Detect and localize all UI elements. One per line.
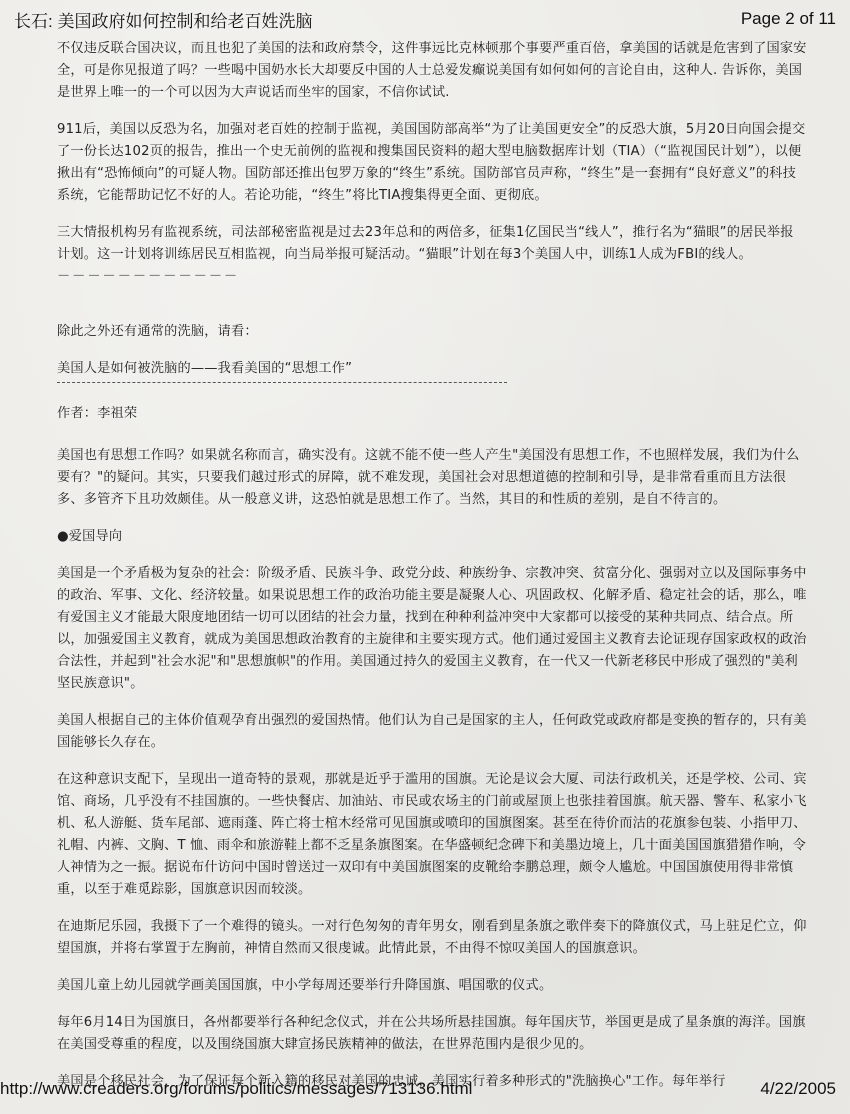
divider: －－－－－－－－－－－－ bbox=[57, 266, 807, 288]
page-indicator: Page 2 of 11 bbox=[741, 9, 836, 29]
paragraph: 除此之外还有通常的洗脑，请看： bbox=[57, 321, 807, 343]
paragraph: 在这种意识支配下，呈现出一道奇特的景观，那就是近乎于滥用的国旗。无论是议会大厦、… bbox=[57, 769, 807, 901]
author-line: 作者：李祖荣 bbox=[57, 403, 807, 425]
paragraph: 美国儿童上幼儿园就学画美国国旗，中小学每周还要举行升降国旗、唱国歌的仪式。 bbox=[57, 975, 807, 997]
paragraph: 在迪斯尼乐园，我摄下了一个难得的镜头。一对行色匆匆的青年男女，刚看到星条旗之歌伴… bbox=[57, 916, 807, 960]
divider bbox=[57, 382, 507, 383]
paragraph: 美国也有思想工作吗？如果就名称而言，确实没有。这就不能不使一些人产生"美国没有思… bbox=[57, 445, 807, 511]
paragraph: 911后，美国以反恐为名，加强对老百姓的控制于监视，美国国防部高举“为了让美国更… bbox=[57, 119, 807, 207]
article-body: 不仅违反联合国决议，而且也犯了美国的法和政府禁令，这件事远比克林顿那个事要严重百… bbox=[57, 38, 807, 1108]
print-footer: http://www.creaders.org/forums/politics/… bbox=[0, 1077, 836, 1101]
source-url: http://www.creaders.org/forums/politics/… bbox=[0, 1079, 472, 1099]
article-title: 美国人是如何被洗脑的——我看美国的“思想工作” bbox=[57, 358, 807, 380]
paragraph: 美国人根据自己的主体价值观孕育出强烈的爱国热情。他们认为自己是国家的主人，任何政… bbox=[57, 710, 807, 754]
document-title: 长石: 美国政府如何控制和给老百姓洗脑 bbox=[14, 7, 312, 32]
paragraph: 不仅违反联合国决议，而且也犯了美国的法和政府禁令，这件事远比克林顿那个事要严重百… bbox=[57, 38, 807, 104]
paragraph: 三大情报机构另有监视系统，司法部秘密监视是过去23年总和的两倍多，征集1亿国民当… bbox=[57, 222, 807, 266]
paragraph: 每年6月14日为国旗日，各州都要举行各种纪念仪式，并在公共场所悬挂国旗。每年国庆… bbox=[57, 1012, 807, 1056]
print-date: 4/22/2005 bbox=[760, 1079, 836, 1099]
section-heading: ●爱国导向 bbox=[57, 526, 807, 548]
print-header: 长石: 美国政府如何控制和给老百姓洗脑 Page 2 of 11 bbox=[14, 6, 836, 32]
paragraph: 美国是一个矛盾极为复杂的社会：阶级矛盾、民族斗争、政党分歧、种族纷争、宗教冲突、… bbox=[57, 563, 807, 695]
